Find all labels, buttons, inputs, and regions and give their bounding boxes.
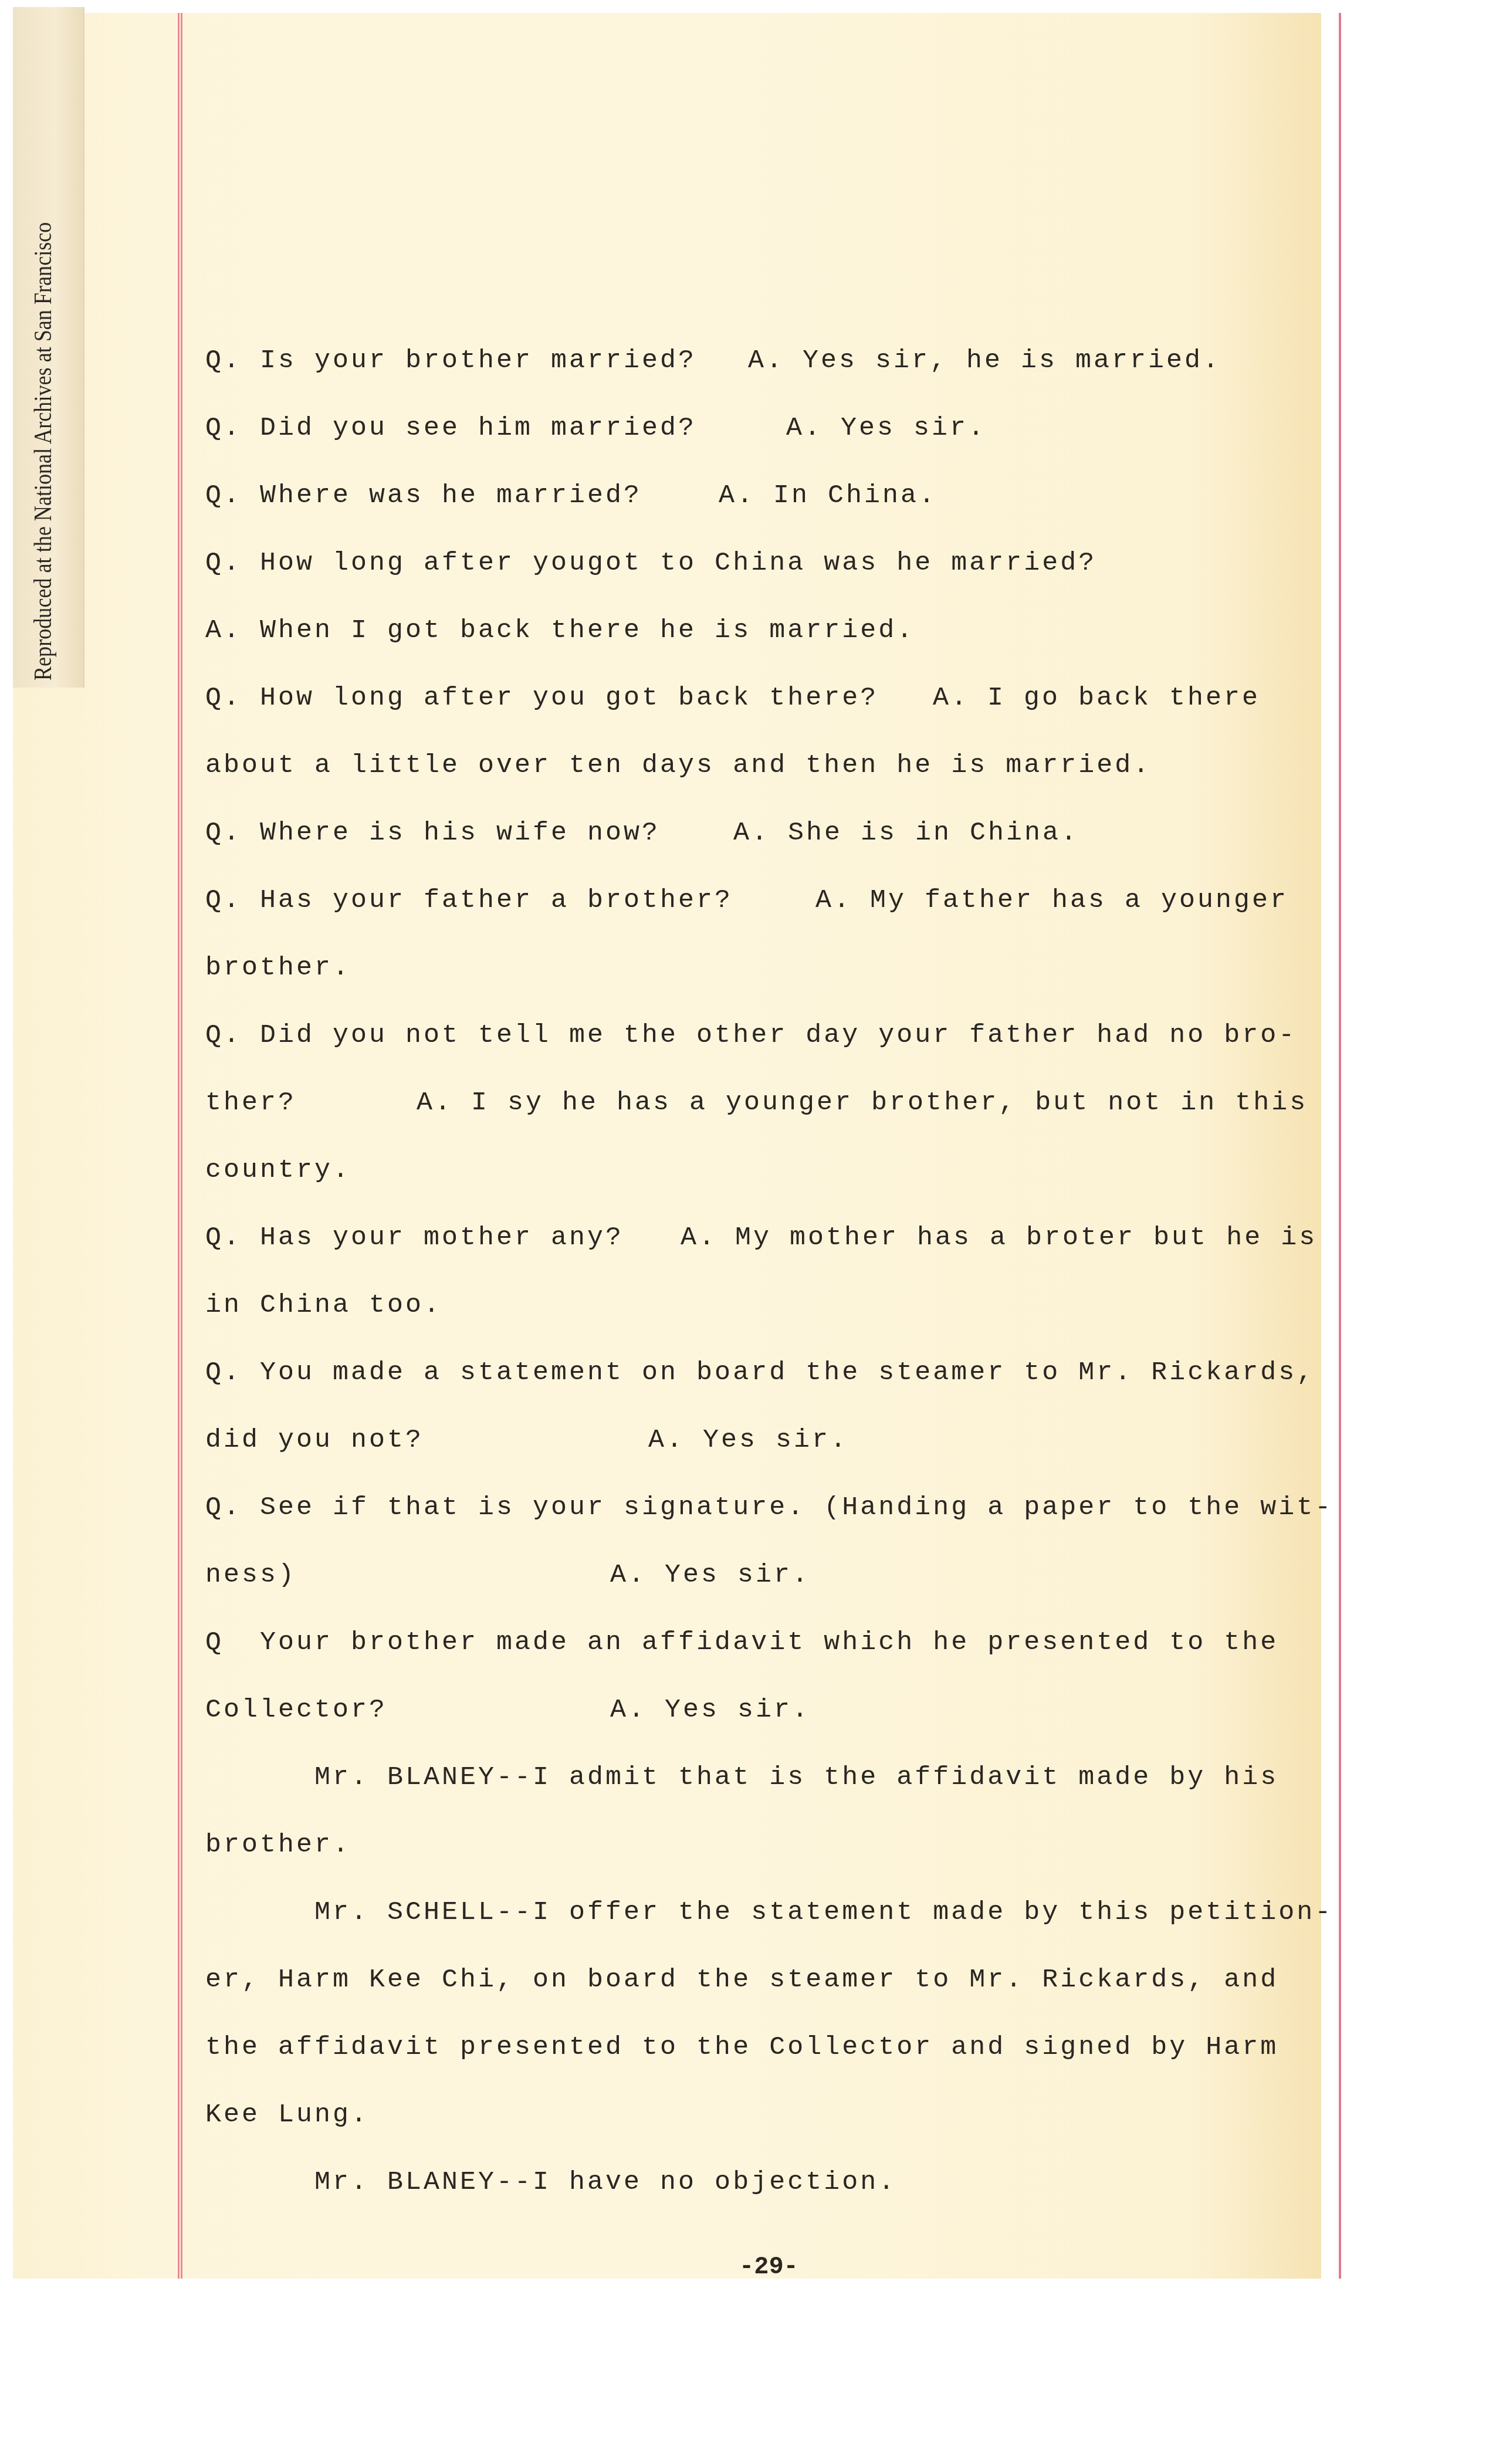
transcript-line: A. When I got back there he is married. bbox=[205, 613, 915, 648]
transcript-line: the affidavit presented to the Collector… bbox=[205, 2030, 1278, 2065]
transcript-line: Q. Is your brother married?A. Yes sir, h… bbox=[205, 343, 696, 378]
transcript-line: Q. Has your mother any?A. My mother has … bbox=[205, 1220, 624, 1255]
transcript-line: Q. Did you not tell me the other day you… bbox=[205, 1018, 1297, 1053]
transcript-line: Q. Where was he married?A. In China. bbox=[205, 478, 642, 513]
left-margin-rule bbox=[178, 13, 182, 2279]
transcript-line: Q. You made a statement on board the ste… bbox=[205, 1355, 1315, 1390]
transcript-line: Mr. BLANEY--I have no objection. bbox=[205, 2165, 896, 2200]
transcript-line: er, Harm Kee Chi, on board the steamer t… bbox=[205, 1962, 1278, 1998]
transcript-line: Q. See if that is your signature. (Handi… bbox=[205, 1490, 1333, 1525]
transcript-line: ness)A. Yes sir. bbox=[205, 1558, 296, 1593]
transcript-line: brother. bbox=[205, 950, 351, 986]
transcript-line: Q. Has your father a brother?A. My fathe… bbox=[205, 883, 733, 918]
transcript-line: Q. How long after you got back there?A. … bbox=[205, 681, 878, 716]
transcript-line: Mr. SCHELL--I offer the statement made b… bbox=[205, 1895, 1333, 1930]
transcript-line: Kee Lung. bbox=[205, 2097, 369, 2133]
page-number: -29- bbox=[739, 2253, 798, 2281]
transcript-line: Q Your brother made an affidavit which h… bbox=[205, 1625, 1278, 1660]
transcript-line: Mr. BLANEY--I admit that is the affidavi… bbox=[205, 1760, 1278, 1795]
transcript-line: Collector?A. Yes sir. bbox=[205, 1693, 387, 1728]
transcript-line: Q. Where is his wife now?A. She is in Ch… bbox=[205, 815, 660, 851]
transcript-line: ther?A. I sy he has a younger brother, b… bbox=[205, 1085, 296, 1121]
transcript-line: brother. bbox=[205, 1827, 351, 1863]
transcript-line: Q. How long after yougot to China was he… bbox=[205, 546, 1096, 581]
transcript-line: did you not?A. Yes sir. bbox=[205, 1423, 424, 1458]
archive-stamp: Reproduced at the National Archives at S… bbox=[29, 222, 57, 681]
transcript-line: about a little over ten days and then he… bbox=[205, 748, 1151, 783]
transcript-line: Q. Did you see him married?A. Yes sir. bbox=[205, 411, 696, 446]
right-margin-rule bbox=[1339, 13, 1341, 2279]
transcript-line: in China too. bbox=[205, 1288, 442, 1323]
transcript-line: country. bbox=[205, 1153, 351, 1188]
